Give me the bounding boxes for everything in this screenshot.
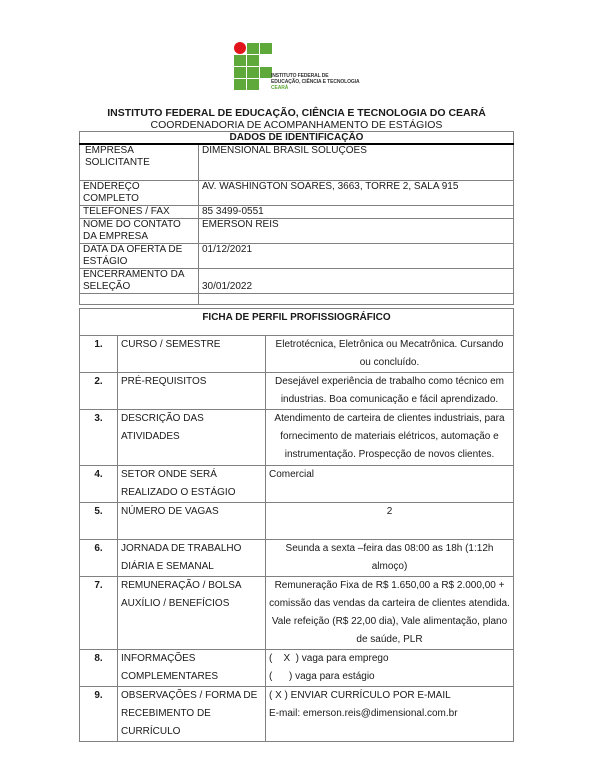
row-value: Eletrotécnica, Eletrônica ou Mecatrônica… (266, 336, 514, 373)
logo-square (247, 67, 259, 78)
table-row: ENCERRAMENTO DA SELEÇÃO 30/01/2022 (80, 268, 514, 293)
row-label: JORNADA DE TRABALHO DIÁRIA E SEMANAL (118, 540, 266, 577)
row-label: INFORMAÇÕES COMPLEMENTARES (118, 650, 266, 687)
row-label: ENDEREÇO COMPLETO (80, 180, 199, 205)
row-value: 2 (266, 503, 514, 540)
row-label: PRÉ-REQUISITOS (118, 373, 266, 410)
profile-table: FICHA DE PERFIL PROFISSIOGRÁFICO 1. CURS… (79, 308, 514, 742)
row-value: 01/12/2021 (199, 243, 514, 268)
row-value: EMERSON REIS (199, 218, 514, 243)
row-number: 3. (80, 410, 118, 466)
row-label: DESCRIÇÃO DAS ATIVIDADES (118, 410, 266, 466)
logo-square (234, 67, 246, 78)
table-row: 7. REMUNERAÇÃO / BOLSA AUXÍLIO / BENEFÍC… (80, 577, 514, 650)
row-value: ( X ) ENVIAR CURRÍCULO POR E-MAIL E-mail… (266, 687, 514, 742)
contact-email[interactable]: E-mail: emerson.reis@dimensional.com.br (269, 705, 510, 723)
table-row: 5. NÚMERO DE VAGAS 2 (80, 503, 514, 540)
institution-title: INSTITUTO FEDERAL DE EDUCAÇÃO, CIÊNCIA E… (0, 107, 593, 119)
row-number: 7. (80, 577, 118, 650)
table-row: 1. CURSO / SEMESTRE Eletrotécnica, Eletr… (80, 336, 514, 373)
row-label: DATA DA OFERTA DE ESTÁGIO (80, 243, 199, 268)
logo-text: INSTITUTO FEDERAL DE EDUCAÇÃO, CIÊNCIA E… (271, 73, 360, 91)
row-label: REMUNERAÇÃO / BOLSA AUXÍLIO / BENEFÍCIOS (118, 577, 266, 650)
logo-red-dot (234, 42, 246, 54)
table-row: EMPRESA SOLICITANTE DIMENSIONAL BRASIL S… (80, 144, 514, 180)
checkbox-option-internship[interactable]: ( ) vaga para estágio (269, 668, 510, 686)
row-value: ( X ) vaga para emprego ( ) vaga para es… (266, 650, 514, 687)
table-row: NOME DO CONTATO DA EMPRESA EMERSON REIS (80, 218, 514, 243)
table-row: TELEFONES / FAX 85 3499-0551 (80, 205, 514, 218)
table-row (80, 293, 514, 304)
profile-title: FICHA DE PERFIL PROFISSIOGRÁFICO (80, 309, 514, 336)
row-label: SETOR ONDE SERÁ REALIZADO O ESTÁGIO (118, 466, 266, 503)
table-row: DATA DA OFERTA DE ESTÁGIO 01/12/2021 (80, 243, 514, 268)
logo-square (234, 55, 246, 66)
row-value: DIMENSIONAL BRASIL SOLUÇÕES (199, 144, 514, 180)
checkbox-option-employment[interactable]: ( X ) vaga para emprego (269, 650, 510, 668)
table-row: 8. INFORMAÇÕES COMPLEMENTARES ( X ) vaga… (80, 650, 514, 687)
row-label: EMPRESA SOLICITANTE (80, 144, 199, 180)
row-value: Remuneração Fixa de R$ 1.650,00 a R$ 2.0… (266, 577, 514, 650)
table-row: 4. SETOR ONDE SERÁ REALIZADO O ESTÁGIO C… (80, 466, 514, 503)
table-row: 9. OBSERVAÇÕES / FORMA DE RECEBIMENTO DE… (80, 687, 514, 742)
row-value: 85 3499-0551 (199, 205, 514, 218)
row-value (199, 293, 514, 304)
row-number: 5. (80, 503, 118, 540)
row-number: 8. (80, 650, 118, 687)
row-number: 4. (80, 466, 118, 503)
row-label: ENCERRAMENTO DA SELEÇÃO (80, 268, 199, 293)
row-label: OBSERVAÇÕES / FORMA DE RECEBIMENTO DE CU… (118, 687, 266, 742)
table-row: 2. PRÉ-REQUISITOS Desejável experiência … (80, 373, 514, 410)
logo-square (247, 79, 259, 90)
logo-square (247, 43, 259, 54)
row-number: 1. (80, 336, 118, 373)
row-number: 9. (80, 687, 118, 742)
identification-title: DADOS DE IDENTIFICAÇÃO (80, 132, 514, 145)
row-number: 2. (80, 373, 118, 410)
department-title: COORDENADORIA DE ACOMPANHAMENTO DE ESTÁG… (0, 119, 593, 131)
row-value: AV. WASHINGTON SOARES, 3663, TORRE 2, SA… (199, 180, 514, 205)
row-label: NÚMERO DE VAGAS (118, 503, 266, 540)
row-value: Comercial (266, 466, 514, 503)
table-row: 3. DESCRIÇÃO DAS ATIVIDADES Atendimento … (80, 410, 514, 466)
row-value: Atendimento de carteira de clientes indu… (266, 410, 514, 466)
ifce-logo: INSTITUTO FEDERAL DE EDUCAÇÃO, CIÊNCIA E… (234, 42, 394, 98)
row-label: TELEFONES / FAX (80, 205, 199, 218)
row-value: Desejável experiência de trabalho como t… (266, 373, 514, 410)
logo-text-line3: CEARÁ (271, 85, 360, 91)
logo-square (234, 79, 246, 90)
table-row: 6. JORNADA DE TRABALHO DIÁRIA E SEMANAL … (80, 540, 514, 577)
row-label: CURSO / SEMESTRE (118, 336, 266, 373)
row-label: NOME DO CONTATO DA EMPRESA (80, 218, 199, 243)
row-label (80, 293, 199, 304)
checkbox-option-email-cv[interactable]: ( X ) ENVIAR CURRÍCULO POR E-MAIL (269, 687, 510, 705)
row-value: Seunda a sexta –feira das 08:00 as 18h (… (266, 540, 514, 577)
identification-table: DADOS DE IDENTIFICAÇÃO EMPRESA SOLICITAN… (79, 131, 514, 305)
row-value: 30/01/2022 (199, 268, 514, 293)
logo-square (260, 43, 272, 54)
row-number: 6. (80, 540, 118, 577)
table-row: ENDEREÇO COMPLETO AV. WASHINGTON SOARES,… (80, 180, 514, 205)
logo-square (247, 55, 259, 66)
